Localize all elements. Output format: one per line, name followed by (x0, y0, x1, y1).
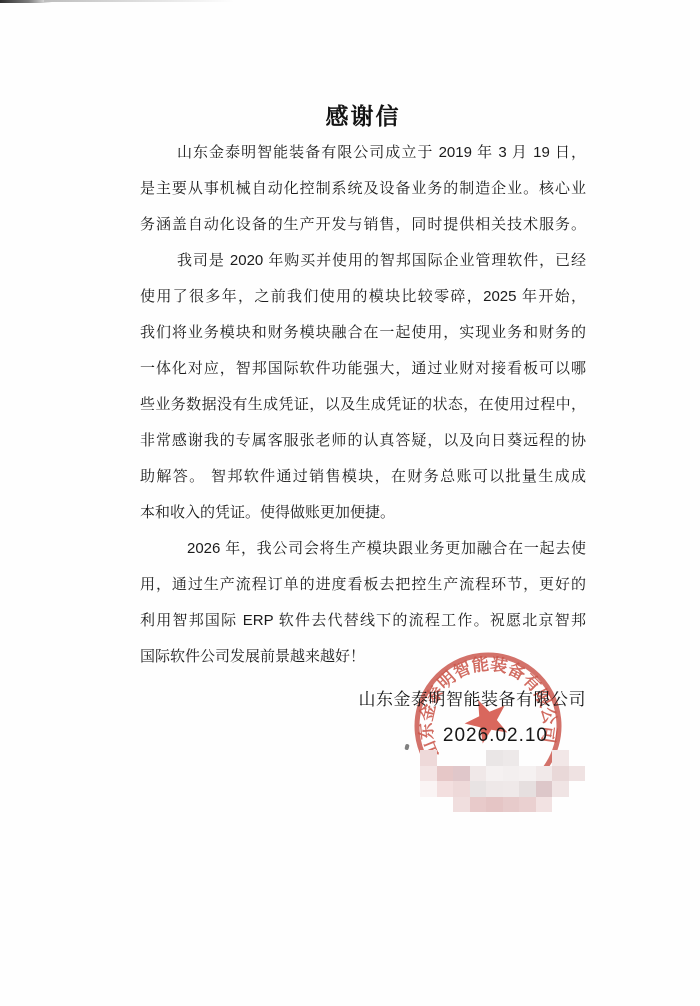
letter-line: 本和收入的凭证。使得做账更加便捷。 (140, 495, 586, 531)
censor-block (453, 766, 470, 782)
letter-line: 我司是 2020 年购买并使用的智邦国际企业管理软件，已经 (140, 243, 586, 279)
censor-block (536, 766, 553, 782)
signature-date: 2026.02.10 (140, 718, 586, 754)
letter-line: 2026 年，我公司会将生产模块跟业务更加融合在一起去使 (140, 531, 586, 567)
censor-block (519, 781, 536, 797)
letter-line: 利用智邦国际 ERP 软件去代替线下的流程工作。祝愿北京智邦 (140, 603, 586, 639)
censor-block (569, 766, 586, 782)
scanned-letter-page: 山东金泰明智能装备有限公司 感谢信 山东金泰明智能装备有限公司成立于 2019 … (0, 0, 700, 1006)
letter-body: 感谢信 山东金泰明智能装备有限公司成立于 2019 年 3 月 19 日， 是主… (140, 97, 586, 754)
censor-block (503, 797, 520, 813)
signature-company-name: 山东金泰明智能装备有限公司 (140, 682, 586, 718)
censor-block (453, 781, 470, 797)
censor-block (437, 781, 454, 797)
letter-line: 务涵盖自动化设备的生产开发与销售，同时提供相关技术服务。 (140, 207, 586, 243)
censor-block (420, 781, 437, 797)
letter-line: 使用了很多年，之前我们使用的模块比较零碎，2025 年开始， (140, 279, 586, 315)
censor-block (519, 766, 536, 782)
censor-block (486, 750, 503, 766)
censor-block (552, 781, 569, 797)
censor-block (470, 781, 487, 797)
censor-block (486, 781, 503, 797)
censor-block (503, 766, 520, 782)
censor-block (486, 766, 503, 782)
censor-block (536, 781, 553, 797)
letter-line: 一体化对应，智邦国际软件功能强大，通过业财对接看板可以哪 (140, 351, 586, 387)
letter-line: 非常感谢我的专属客服张老师的认真答疑，以及向日葵远程的协 (140, 423, 586, 459)
censor-block (503, 781, 520, 797)
scan-edge-artifact-light (44, 0, 234, 2)
letter-line: 是主要从事机械自动化控制系统及设备业务的制造企业。核心业 (140, 171, 586, 207)
censor-block (519, 797, 536, 813)
letter-line: 用，通过生产流程订单的进度看板去把控生产流程环节，更好的 (140, 567, 586, 603)
censor-block (503, 750, 520, 766)
censor-block (437, 766, 454, 782)
censor-block (470, 766, 487, 782)
letter-line: 助解答。 智邦软件通过销售模块，在财务总账可以批量生成成 (140, 459, 586, 495)
censor-block (420, 750, 437, 766)
censor-block (552, 766, 569, 782)
letter-line: 国际软件公司发展前景越来越好！ (140, 639, 586, 675)
letter-line: 我们将业务模块和财务模块融合在一起使用，实现业务和财务的 (140, 315, 586, 351)
censor-block (552, 750, 569, 766)
censor-mosaic (420, 750, 584, 812)
letter-line: 些业务数据没有生成凭证，以及生成凭证的状态，在使用过程中， (140, 387, 586, 423)
letter-title: 感谢信 (140, 97, 586, 135)
censor-block (453, 797, 470, 813)
censor-block (486, 797, 503, 813)
censor-block (470, 797, 487, 813)
censor-block (420, 766, 437, 782)
letter-line: 山东金泰明智能装备有限公司成立于 2019 年 3 月 19 日， (140, 135, 586, 171)
censor-block (536, 797, 553, 813)
